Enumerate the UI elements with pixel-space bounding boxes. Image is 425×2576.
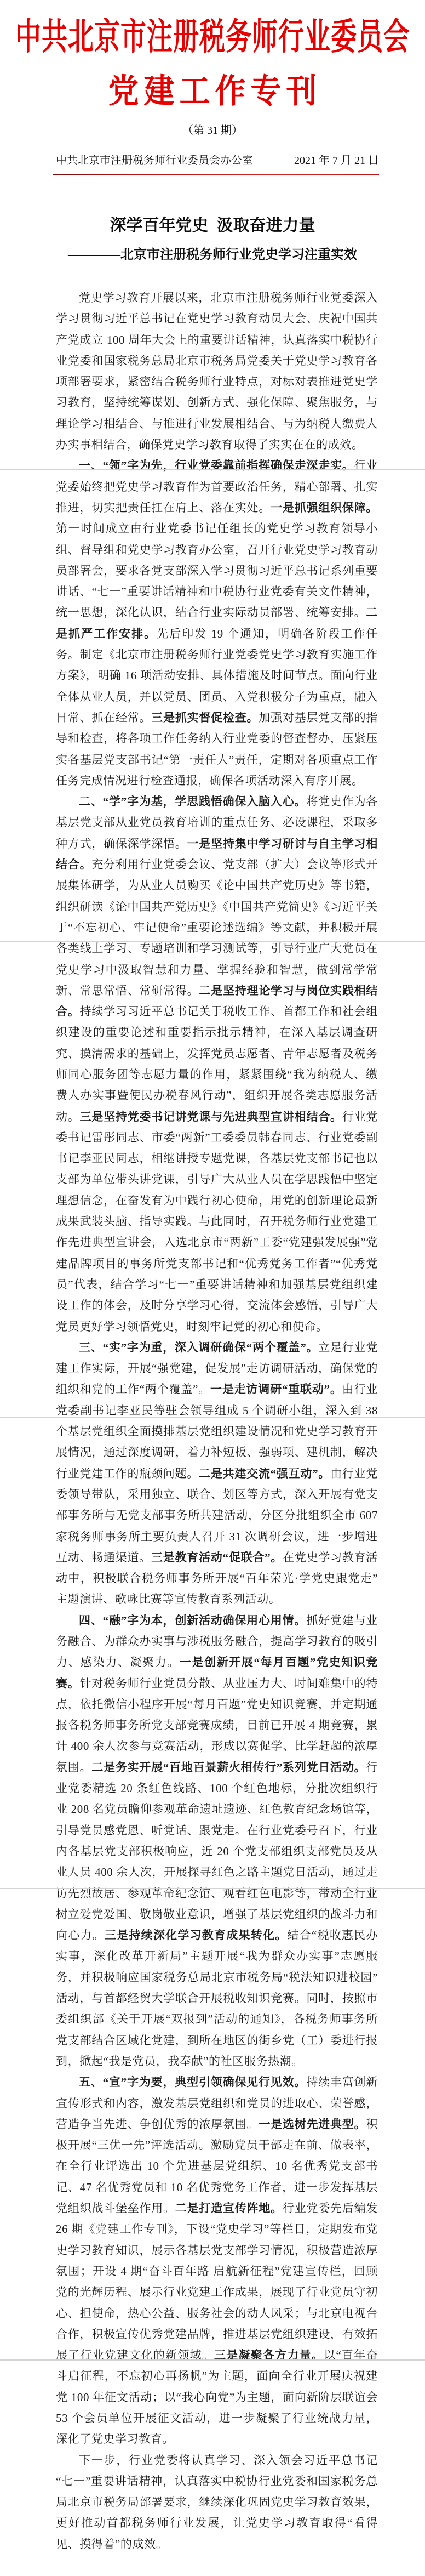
page-break-line — [0, 1417, 425, 1418]
paragraph: 四、“融”字为本，创新活动确保用心用情。抓好党建与业务融合、为群众办实事与涉税服… — [56, 1610, 378, 2072]
issue-date: 2021 年 7 月 21 日 — [294, 152, 379, 169]
bold-run: 二、“学”字为基，学思践悟确保入脑入心。 — [79, 795, 306, 808]
page-break-line — [0, 2359, 425, 2361]
text-run: 先后印发 19 个通知，明确各阶段工作任务。制定《北京市注册税务师行业党委党史学… — [56, 627, 378, 724]
article-title: 深学百年党史 汲取奋进力量 — [0, 215, 425, 237]
paragraph: 二、“学”字为基，学思践悟确保入脑入心。将党史作为各基层党支部从业党员教育培训的… — [56, 791, 378, 1337]
bold-run: 三是教育活动“促联合”。 — [151, 1551, 283, 1564]
page-break-line — [0, 941, 425, 942]
text-run: 行业党委先后编发 26 期《党建工作专刊》，下设“党史学习”等栏目，定期发布党史… — [56, 2202, 378, 2362]
text-run: 充分利用行业党委会议、党支部（扩大）会议等形式开展集体研学，为从业人员购买《论中… — [56, 858, 378, 997]
masthead-rule — [53, 174, 379, 175]
text-run: 第一时间成立由行业党委书记任组长的党史学习教育领导小组、督导组和党史学习教育办公… — [56, 522, 378, 619]
bold-run: 二是务实开展“百地百景薪火相传行”系列党日活动。 — [91, 1761, 366, 1774]
issuing-office: 中共北京市注册税务师行业委员会办公室 — [56, 152, 253, 169]
page-break-line — [0, 469, 425, 470]
text-run: 由行业党委副书记李亚民等驻会领导组成 5 个调研小组，深入到 38 个基层党组织… — [56, 1383, 378, 1480]
paragraph: 五、“宣”字为要，典型引领确保见行见效。持续丰富创新宣传形式和内容，激发基层党组… — [56, 2072, 378, 2449]
bold-run: 三是抓实督促检查。 — [151, 711, 259, 724]
text-run: 以“百年奋斗启征程，不忘初心再扬帆”为主题，面向全行业开展庆祝建党 100 年征… — [56, 2348, 378, 2446]
text-run: 持续学习习近平总书记关于税收工作、首都工作和社会组织建设的重要论述和重要指示批示… — [56, 1005, 378, 1123]
text-run: 针对税务师行业党员分散、从业压力大、时间难集中的特点，依托微信小程序开展“每月百… — [56, 1677, 378, 1774]
bold-run: 一是抓强组织保障。 — [271, 501, 378, 514]
text-run: 党史学习教育开展以来，北京市注册税务师行业党委深入学习贯彻习近平总书记在党史学习… — [56, 291, 378, 451]
article-subtitle: ————北京市注册税务师行业党史学习注重实效 — [0, 246, 425, 264]
bold-run: 三、“实”字为重，深入调研确保“两个覆盖”。 — [79, 1341, 318, 1354]
bold-run: 二是打造宣传阵地。 — [175, 2202, 283, 2215]
bold-run: 一是走访调研“重联动”。 — [210, 1383, 342, 1396]
masthead: 中共北京市注册税务师行业委员会 党建工作专刊 （第 31 期） 中共北京市注册税… — [0, 10, 425, 175]
paragraph: 党史学习教育开展以来，北京市注册税务师行业党委深入学习贯彻习近平总书记在党史学习… — [56, 287, 378, 455]
page-break-line — [0, 1888, 425, 1889]
bold-run: 二是共建交流“强互动”。 — [199, 1467, 330, 1480]
bold-run: 五、“宣”字为要，典型引领确保见行见效。 — [79, 2075, 306, 2089]
bold-run: 四、“融”字为本，创新活动确保用心用情。 — [79, 1614, 306, 1627]
article-body: 党史学习教育开展以来，北京市注册税务师行业党委深入学习贯彻习近平总书记在党史学习… — [0, 287, 425, 2555]
document-page: 中共北京市注册税务师行业委员会 党建工作专刊 （第 31 期） 中共北京市注册税… — [0, 0, 425, 2576]
bold-run: 三是坚持党委书记讲党课与先进典型宣讲相结合。 — [80, 1110, 342, 1123]
text-run: 积极开展“三优一先”评选活动。激励党员干部走在前、做表率，在全行业评选出 10 … — [56, 2118, 378, 2215]
paragraph: 三、“实”字为重，深入调研确保“两个覆盖”。立足行业党建工作实际，开展“强党建，… — [56, 1337, 378, 1610]
text-run: 行业党委书记雷彤同志、市委“两新”工委委员韩春同志、行业党委副书记李亚民同志，相… — [56, 1110, 378, 1333]
masthead-org-title: 中共北京市注册税务师行业委员会 — [0, 0, 425, 76]
text-run: 由行业党委领导带队，采用独立、联合、划区等方式，深入开展有党支部事务所与无党支部… — [56, 1467, 378, 1564]
paragraph: 下一步，行业党委将认真学习、深入领会习近平总书记“七一”重要讲话精神，认真落实中… — [56, 2450, 378, 2555]
text-run: 行业党委精选 20 条红色线路、100 个红色地标，分批次组织行业 208 名党… — [56, 1761, 378, 1942]
issue-number: （第 31 期） — [0, 123, 425, 138]
paragraph: 一、“领”字为先，行业党委靠前指挥确保走深走实。行业党委始终把党史学习教育作为首… — [56, 455, 378, 791]
article: 深学百年党史 汲取奋进力量 ————北京市注册税务师行业党史学习注重实效 党史学… — [0, 215, 425, 2555]
masthead-bulletin-title: 党建工作专刊 — [0, 67, 425, 116]
office-date-row: 中共北京市注册税务师行业委员会办公室 2021 年 7 月 21 日 — [0, 152, 425, 169]
text-run: 结合“税收惠民办实事，深化改革开新局”主题开展“我为群众办实事”志愿服务，并积极… — [56, 1929, 378, 2068]
text-run: 下一步，行业党委将认真学习、深入领会习近平总书记“七一”重要讲话精神，认真落实中… — [56, 2454, 378, 2551]
bold-run: 一是选树先进典型。 — [259, 2118, 366, 2131]
bold-run: 三是持续深化学习教育成果转化。 — [105, 1929, 288, 1942]
